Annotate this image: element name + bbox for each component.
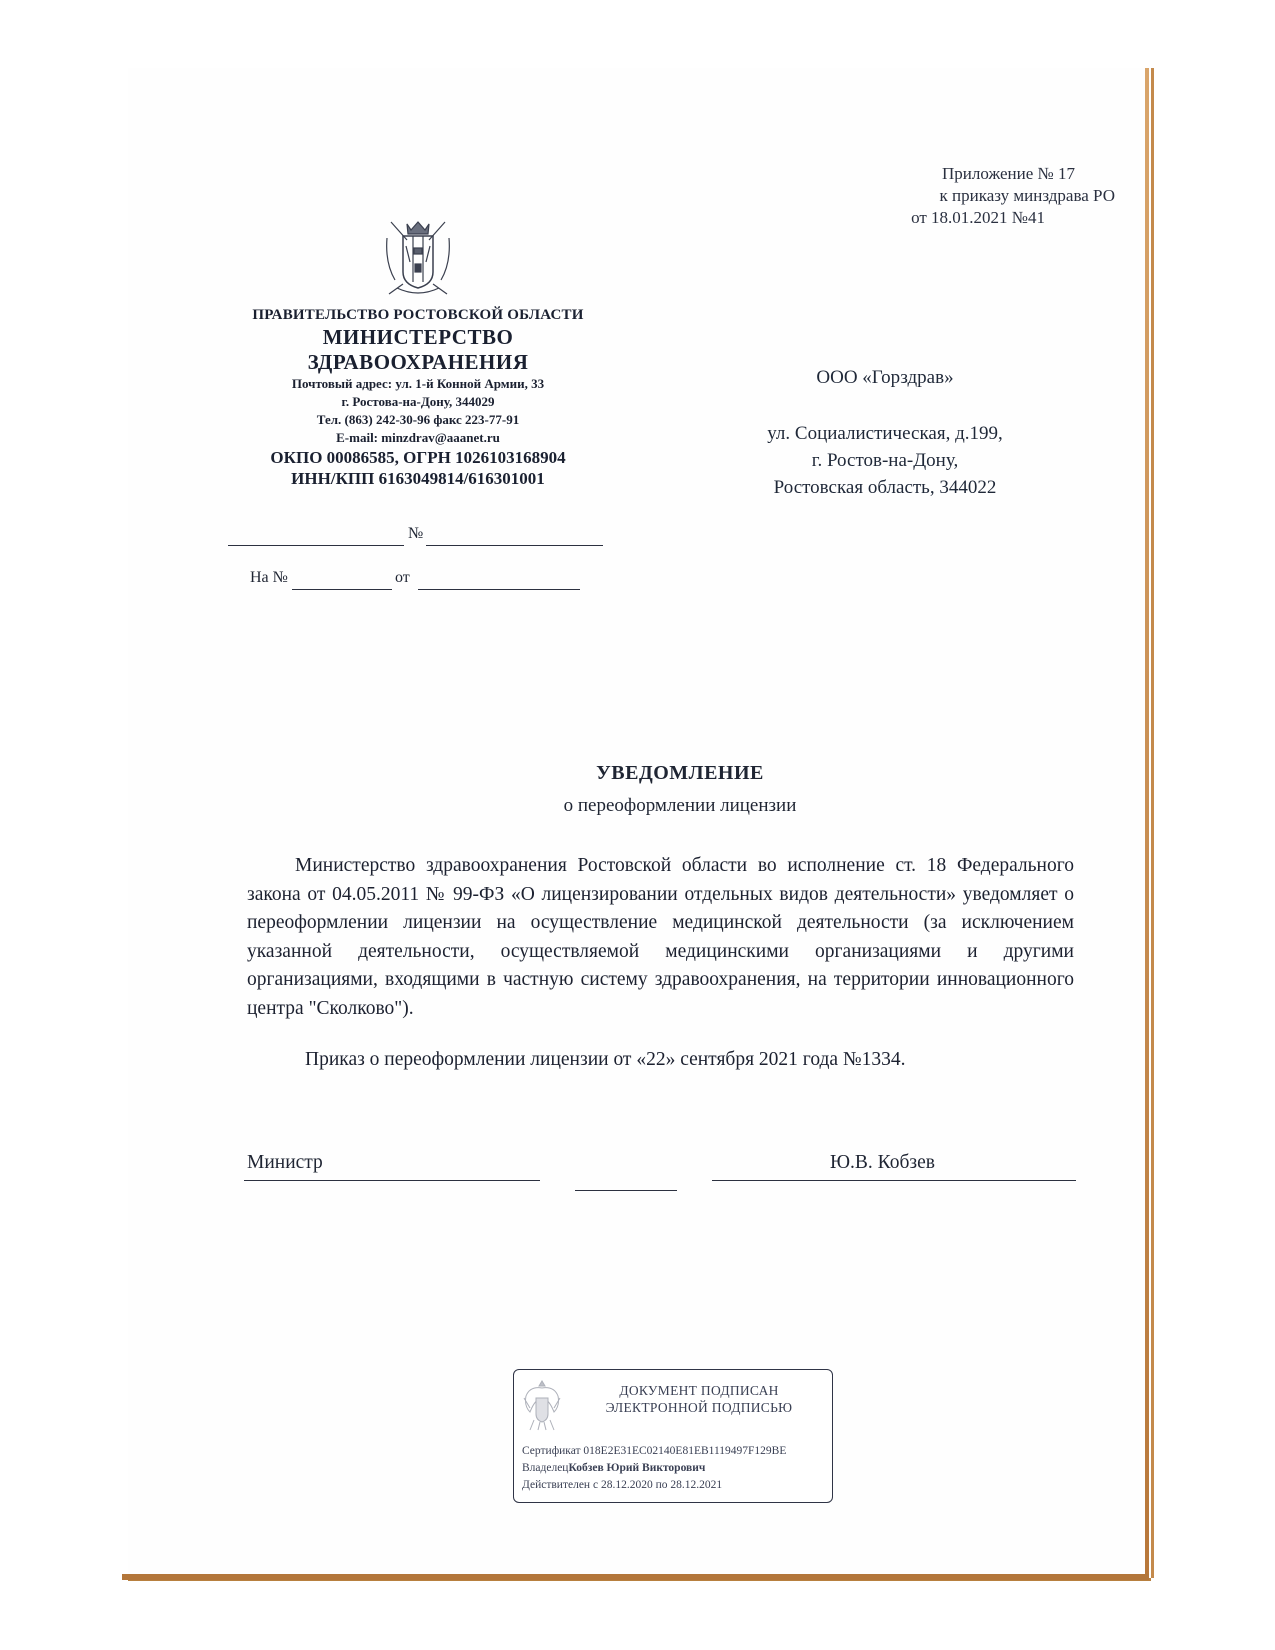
reference-from-label: от xyxy=(395,569,410,587)
stamp-heading: ДОКУМЕНТ ПОДПИСАН ЭЛЕКТРОННОЙ ПОДПИСЬЮ xyxy=(574,1382,824,1416)
name-underline xyxy=(712,1180,1076,1181)
appendix-date: от 18.01.2021 №41 xyxy=(855,207,1115,229)
government-name: ПРАВИТЕЛЬСТВО РОСТОВСКОЙ ОБЛАСТИ xyxy=(228,305,608,325)
postal-address: Почтовый адрес: ул. 1-й Конной Армии, 33 xyxy=(228,375,608,393)
document-title: УВЕДОМЛЕНИЕ xyxy=(400,762,960,785)
notification-body: Министерство здравоохранения Ростовской … xyxy=(247,852,1074,1023)
reference-number-field: На № от xyxy=(250,569,580,591)
owner-line: ВладелецКобзев Юрий Викторович xyxy=(522,1460,828,1477)
recipient-city: г. Ростов-на-Дону, xyxy=(730,447,1040,474)
sender-phone: Тел. (863) 242-30-96 факс 223-77-91 xyxy=(228,411,608,429)
position-underline xyxy=(244,1180,540,1181)
appendix-order: к приказу минздрава РО xyxy=(855,185,1115,207)
recipient-organization: ООО «Горздрав» xyxy=(730,366,1040,390)
outgoing-number-field: № xyxy=(228,525,603,547)
owner-name: Кобзев Юрий Викторович xyxy=(568,1462,705,1474)
inn-kpp: ИНН/КПП 6163049814/616301001 xyxy=(228,468,608,489)
electronic-signature-stamp: ДОКУМЕНТ ПОДПИСАН ЭЛЕКТРОННОЙ ПОДПИСЬЮ С… xyxy=(513,1369,833,1503)
recipient-block: ООО «Горздрав» ул. Социалистическая, д.1… xyxy=(730,366,1040,501)
recipient-street: ул. Социалистическая, д.199, xyxy=(730,420,1040,447)
signatory-position: Министр xyxy=(247,1152,323,1174)
sender-email: E-mail: minzdrav@aaanet.ru xyxy=(228,429,608,447)
ministry-name-line1: МИНИСТЕРСТВО xyxy=(228,325,608,350)
sender-city: г. Ростова-на-Дону, 344029 xyxy=(228,393,608,411)
number-sign: № xyxy=(408,525,423,543)
order-reference: Приказ о переоформлении лицензии от «22»… xyxy=(305,1049,905,1071)
stamp-heading-line1: ДОКУМЕНТ ПОДПИСАН xyxy=(574,1382,824,1399)
recipient-region: Ростовская область, 344022 xyxy=(730,474,1040,501)
outgoing-date-underline xyxy=(228,545,404,546)
reference-prefix: На № xyxy=(250,569,288,587)
certificate-line: Сертификат 018E2E31EC02140E81EB1119497F1… xyxy=(522,1443,828,1460)
reference-date-underline xyxy=(418,589,580,590)
document-subtitle: о переоформлении лицензии xyxy=(400,795,960,817)
coat-of-arms-icon xyxy=(383,218,453,298)
reference-number-underline xyxy=(292,589,392,590)
certificate-label: Сертификат xyxy=(522,1445,581,1457)
certificate-details: Сертификат 018E2E31EC02140E81EB1119497F1… xyxy=(522,1443,828,1494)
ministry-name-line2: ЗДРАВООХРАНЕНИЯ xyxy=(228,350,608,375)
sender-block: ПРАВИТЕЛЬСТВО РОСТОВСКОЙ ОБЛАСТИ МИНИСТЕ… xyxy=(228,305,608,489)
document-page xyxy=(128,68,1151,1578)
owner-label: Владелец xyxy=(522,1462,568,1474)
signatory-name: Ю.В. Кобзев xyxy=(830,1152,935,1174)
outgoing-number-underline xyxy=(426,545,603,546)
okpo-ogrn: ОКПО 00086585, ОГРН 1026103168904 xyxy=(228,447,608,468)
paper-edge-shadow-bottom xyxy=(122,1574,1149,1580)
stamp-heading-line2: ЭЛЕКТРОННОЙ ПОДПИСЬЮ xyxy=(574,1399,824,1416)
double-headed-eagle-icon xyxy=(522,1380,562,1432)
paper-edge-shadow xyxy=(1145,68,1149,1580)
appendix-number: Приложение № 17 xyxy=(855,163,1115,185)
validity-line: Действителен с 28.12.2020 по 28.12.2021 xyxy=(522,1477,828,1494)
certificate-id: 018E2E31EC02140E81EB1119497F129BE xyxy=(583,1445,786,1457)
signature-underline xyxy=(575,1190,677,1191)
appendix-reference: Приложение № 17 к приказу минздрава РО о… xyxy=(855,163,1115,229)
